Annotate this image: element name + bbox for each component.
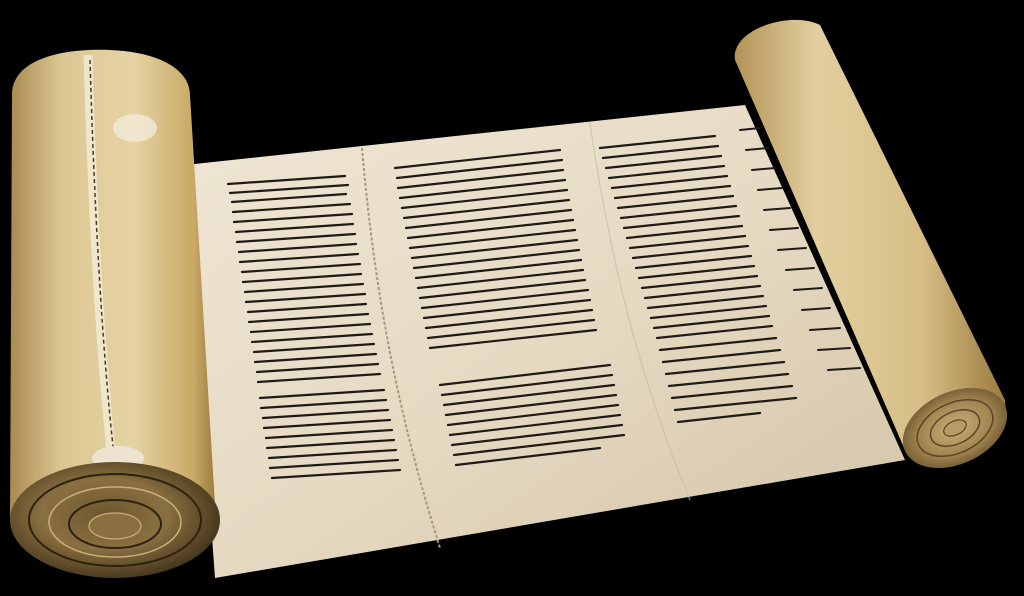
left-roll [10, 50, 220, 578]
torah-scroll-photo [0, 0, 1024, 596]
